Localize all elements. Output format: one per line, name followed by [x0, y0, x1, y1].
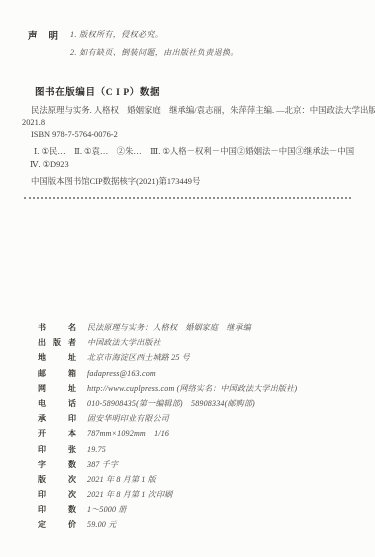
- colophon-row: 版次 2021 年 8 月第 1 版: [38, 472, 357, 487]
- colophon-row: 出版者 中国政法大学出版社: [38, 335, 357, 350]
- declaration-item: 1. 版权所有，侵权必究。: [70, 26, 239, 44]
- colophon-row: 书名 民法原理与实务：人格权 婚姻家庭 继承编: [38, 320, 357, 335]
- colophon-row: 印次 2021 年 8 月第 1 次印刷: [38, 487, 357, 502]
- colophon-value: 2021 年 8 月第 1 版: [87, 472, 156, 487]
- cip-classification-line-2: Ⅳ. ①D923: [30, 159, 354, 172]
- colophon-value: 北京市海淀区西土城路 25 号: [87, 350, 190, 365]
- colophon-value: 固安华明印业有限公司: [87, 411, 169, 426]
- isbn-line: ISBN 978-7-5764-0076-2: [22, 129, 375, 141]
- cip-classification-line-1: Ⅰ. ①民… Ⅱ. ①袁… ②朱… Ⅲ. ①人格－权利－中国②婚姻法－中国③继承…: [30, 146, 354, 159]
- colophon-label: 邮箱: [38, 366, 76, 381]
- colophon-row: 字数 387 千字: [38, 457, 357, 472]
- colophon-row: 网址 http://www.cuplpress.com (网络实名：中国政法大学…: [38, 381, 357, 396]
- colophon-value: 387 千字: [87, 457, 118, 472]
- colophon-value: 010-58908435(第一编辑部) 58908334(邮购部): [87, 396, 255, 411]
- cip-record-number: 中国版本图书馆CIP数据核字(2021)第173449号: [31, 175, 200, 187]
- colophon-label: 网址: [38, 381, 76, 396]
- cip-entry-line-2: 2021.8: [22, 117, 375, 129]
- declaration-label: 声明: [28, 28, 58, 42]
- colophon-label: 定价: [38, 517, 76, 532]
- colophon-label: 版次: [38, 472, 76, 487]
- colophon-value: 19.75: [87, 442, 106, 457]
- colophon-table: 书名 民法原理与实务：人格权 婚姻家庭 继承编 出版者 中国政法大学出版社 地址…: [38, 320, 357, 533]
- colophon-label: 地址: [38, 350, 76, 365]
- colophon-row: 电话 010-58908435(第一编辑部) 58908334(邮购部): [38, 396, 357, 411]
- colophon-label: 印张: [38, 442, 76, 457]
- colophon-label: 出版者: [38, 335, 76, 350]
- colophon-value: http://www.cuplpress.com (网络实名：中国政法大学出版社…: [87, 381, 297, 396]
- colophon-row: 地址 北京市海淀区西土城路 25 号: [38, 350, 357, 365]
- colophon-label: 印数: [38, 502, 76, 517]
- book-copyright-page: 声明 1. 版权所有，侵权必究。 2. 如有缺页、倒装问题，由出版社负责退换。 …: [0, 0, 375, 557]
- dotted-separator: [24, 197, 351, 199]
- colophon-row: 承印 固安华明印业有限公司: [38, 411, 357, 426]
- colophon-label: 电话: [38, 396, 76, 411]
- colophon-value: 787mm×1092mm 1/16: [87, 426, 169, 441]
- cip-entry-line-1: 民法原理与实务. 人格权 婚姻家庭 继承编/袁志丽，朱萍萍主编. —北京：中国政…: [22, 105, 375, 117]
- colophon-label: 字数: [38, 457, 76, 472]
- colophon-value: 中国政法大学出版社: [87, 335, 161, 350]
- colophon-row: 定价 59.00 元: [38, 517, 357, 532]
- colophon-value: 1～5000 册: [87, 502, 127, 517]
- colophon-value: fadapress@163.com: [87, 366, 156, 381]
- declaration-item: 2. 如有缺页、倒装问题，由出版社负责退换。: [70, 44, 239, 62]
- declaration-section: 声明 1. 版权所有，侵权必究。 2. 如有缺页、倒装问题，由出版社负责退换。: [28, 26, 239, 62]
- colophon-row: 印张 19.75: [38, 442, 357, 457]
- colophon-label: 书名: [38, 320, 76, 335]
- declaration-items: 1. 版权所有，侵权必究。 2. 如有缺页、倒装问题，由出版社负责退换。: [70, 26, 239, 62]
- cip-entry: 民法原理与实务. 人格权 婚姻家庭 继承编/袁志丽，朱萍萍主编. —北京：中国政…: [22, 105, 375, 140]
- colophon-row: 印数 1～5000 册: [38, 502, 357, 517]
- cip-classification: Ⅰ. ①民… Ⅱ. ①袁… ②朱… Ⅲ. ①人格－权利－中国②婚姻法－中国③继承…: [30, 146, 354, 171]
- colophon-row: 开本 787mm×1092mm 1/16: [38, 426, 357, 441]
- colophon-label: 开本: [38, 426, 76, 441]
- cip-heading: 图书在版编目（C I P）数据: [35, 84, 160, 98]
- colophon-value: 2021 年 8 月第 1 次印刷: [87, 487, 172, 502]
- colophon-row: 邮箱 fadapress@163.com: [38, 366, 357, 381]
- colophon-value: 民法原理与实务：人格权 婚姻家庭 继承编: [87, 320, 251, 335]
- colophon-value: 59.00 元: [87, 517, 116, 532]
- colophon-label: 印次: [38, 487, 76, 502]
- colophon-label: 承印: [38, 411, 76, 426]
